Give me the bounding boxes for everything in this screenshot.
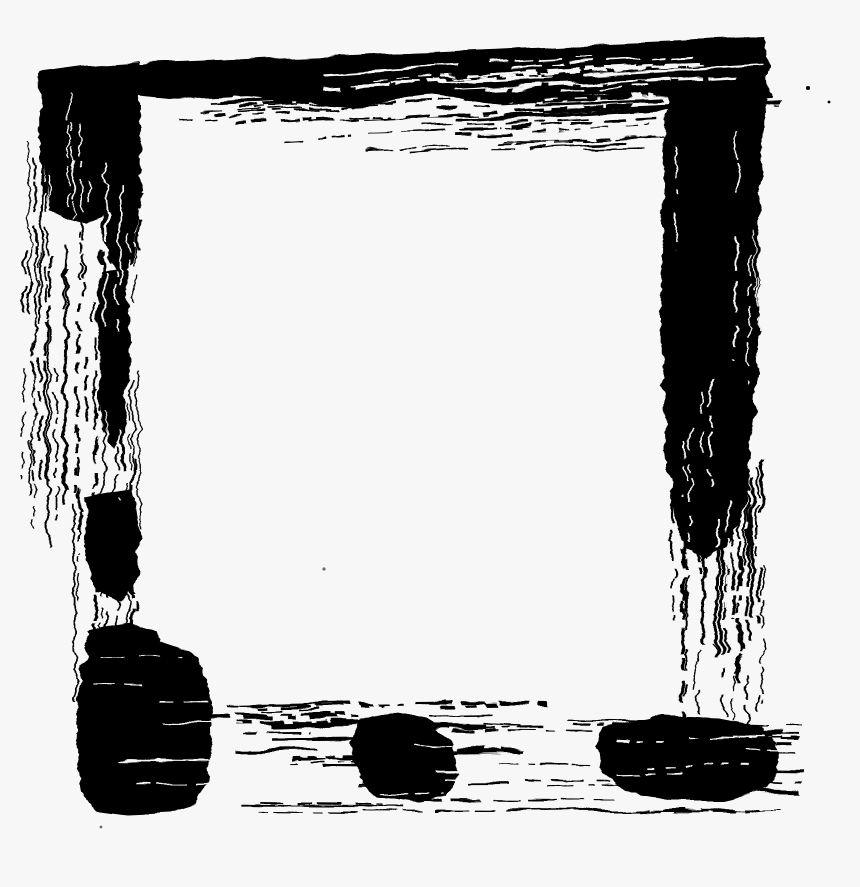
ink-streak-line <box>419 800 614 801</box>
ink-streak-line <box>490 730 594 731</box>
ink-streak-line <box>109 159 110 294</box>
canvas <box>0 0 860 887</box>
ink-streak-line <box>482 723 520 725</box>
ink-streak-line <box>180 114 300 122</box>
ink-streak-line <box>422 118 595 126</box>
ink-streak-line <box>22 368 24 483</box>
ink-streak-line <box>49 321 50 482</box>
ink-streak-line <box>759 571 760 626</box>
ink-streak-line <box>28 140 29 307</box>
grunge-frame-graphic <box>0 0 860 887</box>
ink-streak-line <box>748 489 751 577</box>
ink-streak-line <box>732 699 735 720</box>
ink-speck <box>322 567 325 570</box>
ink-streak-line <box>228 703 352 705</box>
ink-streak-line <box>733 574 736 619</box>
ink-streak-line <box>323 768 387 769</box>
ink-streak-line <box>46 371 49 545</box>
bg-gap-streak <box>734 238 736 361</box>
ink-streak-line <box>698 690 699 714</box>
brush-stroke-cores <box>40 38 778 814</box>
ink-streak-line <box>646 762 714 763</box>
ink-streak-line <box>757 697 759 713</box>
ink-streak-line <box>233 715 345 716</box>
ink-streak-line <box>722 506 723 656</box>
ink-streak-line <box>643 771 760 772</box>
ink-streak-line <box>240 806 401 807</box>
bg-gap-streak <box>710 383 711 489</box>
ink-streak-line <box>732 792 802 793</box>
bottom-brush-stroke-right-cluster <box>596 716 778 800</box>
ink-streak-line <box>39 153 42 326</box>
ink-streak-line <box>698 648 699 669</box>
ink-streak-line <box>262 710 320 711</box>
ink-streak-line <box>389 725 485 727</box>
ink-streak-line <box>726 567 727 676</box>
ink-streak-line <box>747 687 748 727</box>
ink-streak-line <box>369 132 435 134</box>
bg-gap-streak <box>744 751 840 752</box>
ink-streak-line <box>260 813 365 814</box>
bg-gap-streak <box>60 231 61 284</box>
ink-streak-line <box>761 462 762 513</box>
ink-streak-line <box>741 556 742 683</box>
bg-gap-streak <box>733 735 843 736</box>
ink-streak-line <box>78 492 80 610</box>
ink-streak-line <box>502 139 557 140</box>
bg-gap-streak <box>98 371 99 433</box>
ink-speck <box>828 101 831 104</box>
ink-streak-line <box>410 148 469 151</box>
ink-streak-line <box>714 80 715 98</box>
ink-streak-line <box>259 804 382 805</box>
ink-streak-line <box>424 703 549 705</box>
ink-streak-line <box>431 715 489 716</box>
ink-streak-line <box>130 571 132 656</box>
ink-streak-line <box>698 737 802 738</box>
ink-streak-line <box>676 769 774 770</box>
ink-streak-line <box>705 523 706 584</box>
ink-streak-line <box>116 164 117 306</box>
ink-streak-line <box>532 144 623 148</box>
ink-streak-line <box>40 358 41 479</box>
ink-streak-line <box>699 495 700 576</box>
ink-streak-line <box>443 706 500 707</box>
ink-streak-line <box>525 780 613 782</box>
ink-streak-line <box>714 643 716 656</box>
ink-streak-line <box>290 762 369 763</box>
ink-streak-line <box>236 749 318 750</box>
ink-streak-line <box>273 738 423 739</box>
ink-streak-line <box>137 369 139 527</box>
ink-streak-line <box>762 567 763 705</box>
ink-speck <box>100 826 103 829</box>
ink-streak-line <box>104 269 105 503</box>
ink-streak-line <box>138 194 140 255</box>
ink-streak-line <box>202 718 359 719</box>
ink-streak-line <box>697 739 803 740</box>
ink-streak-line <box>364 146 452 149</box>
ink-streak-line <box>24 253 25 315</box>
bottom-left-corner-blob <box>76 640 212 814</box>
ink-streak-line <box>693 664 697 690</box>
bg-gap-streak <box>116 761 212 762</box>
brush-frame <box>22 38 843 814</box>
ink-streak-line <box>672 580 673 626</box>
ink-streak-line <box>45 127 46 308</box>
ink-speck <box>806 86 810 90</box>
left-brush-stroke-top <box>40 62 141 272</box>
ink-streak-line <box>724 94 725 122</box>
ink-streak-line <box>724 696 725 721</box>
ink-streak-line <box>56 371 57 521</box>
ink-streak-line <box>29 442 32 495</box>
ink-streak-line <box>455 133 517 134</box>
ink-streak-line <box>283 137 350 142</box>
ink-streak-line <box>767 782 802 784</box>
ink-streak-line <box>702 473 703 644</box>
ink-streak-line <box>582 149 644 150</box>
ink-streak-line <box>73 506 76 700</box>
ink-streak-line <box>457 750 525 752</box>
ink-streak-line <box>271 724 379 727</box>
ink-streak-line <box>666 738 699 740</box>
ink-streak-line <box>756 468 758 556</box>
